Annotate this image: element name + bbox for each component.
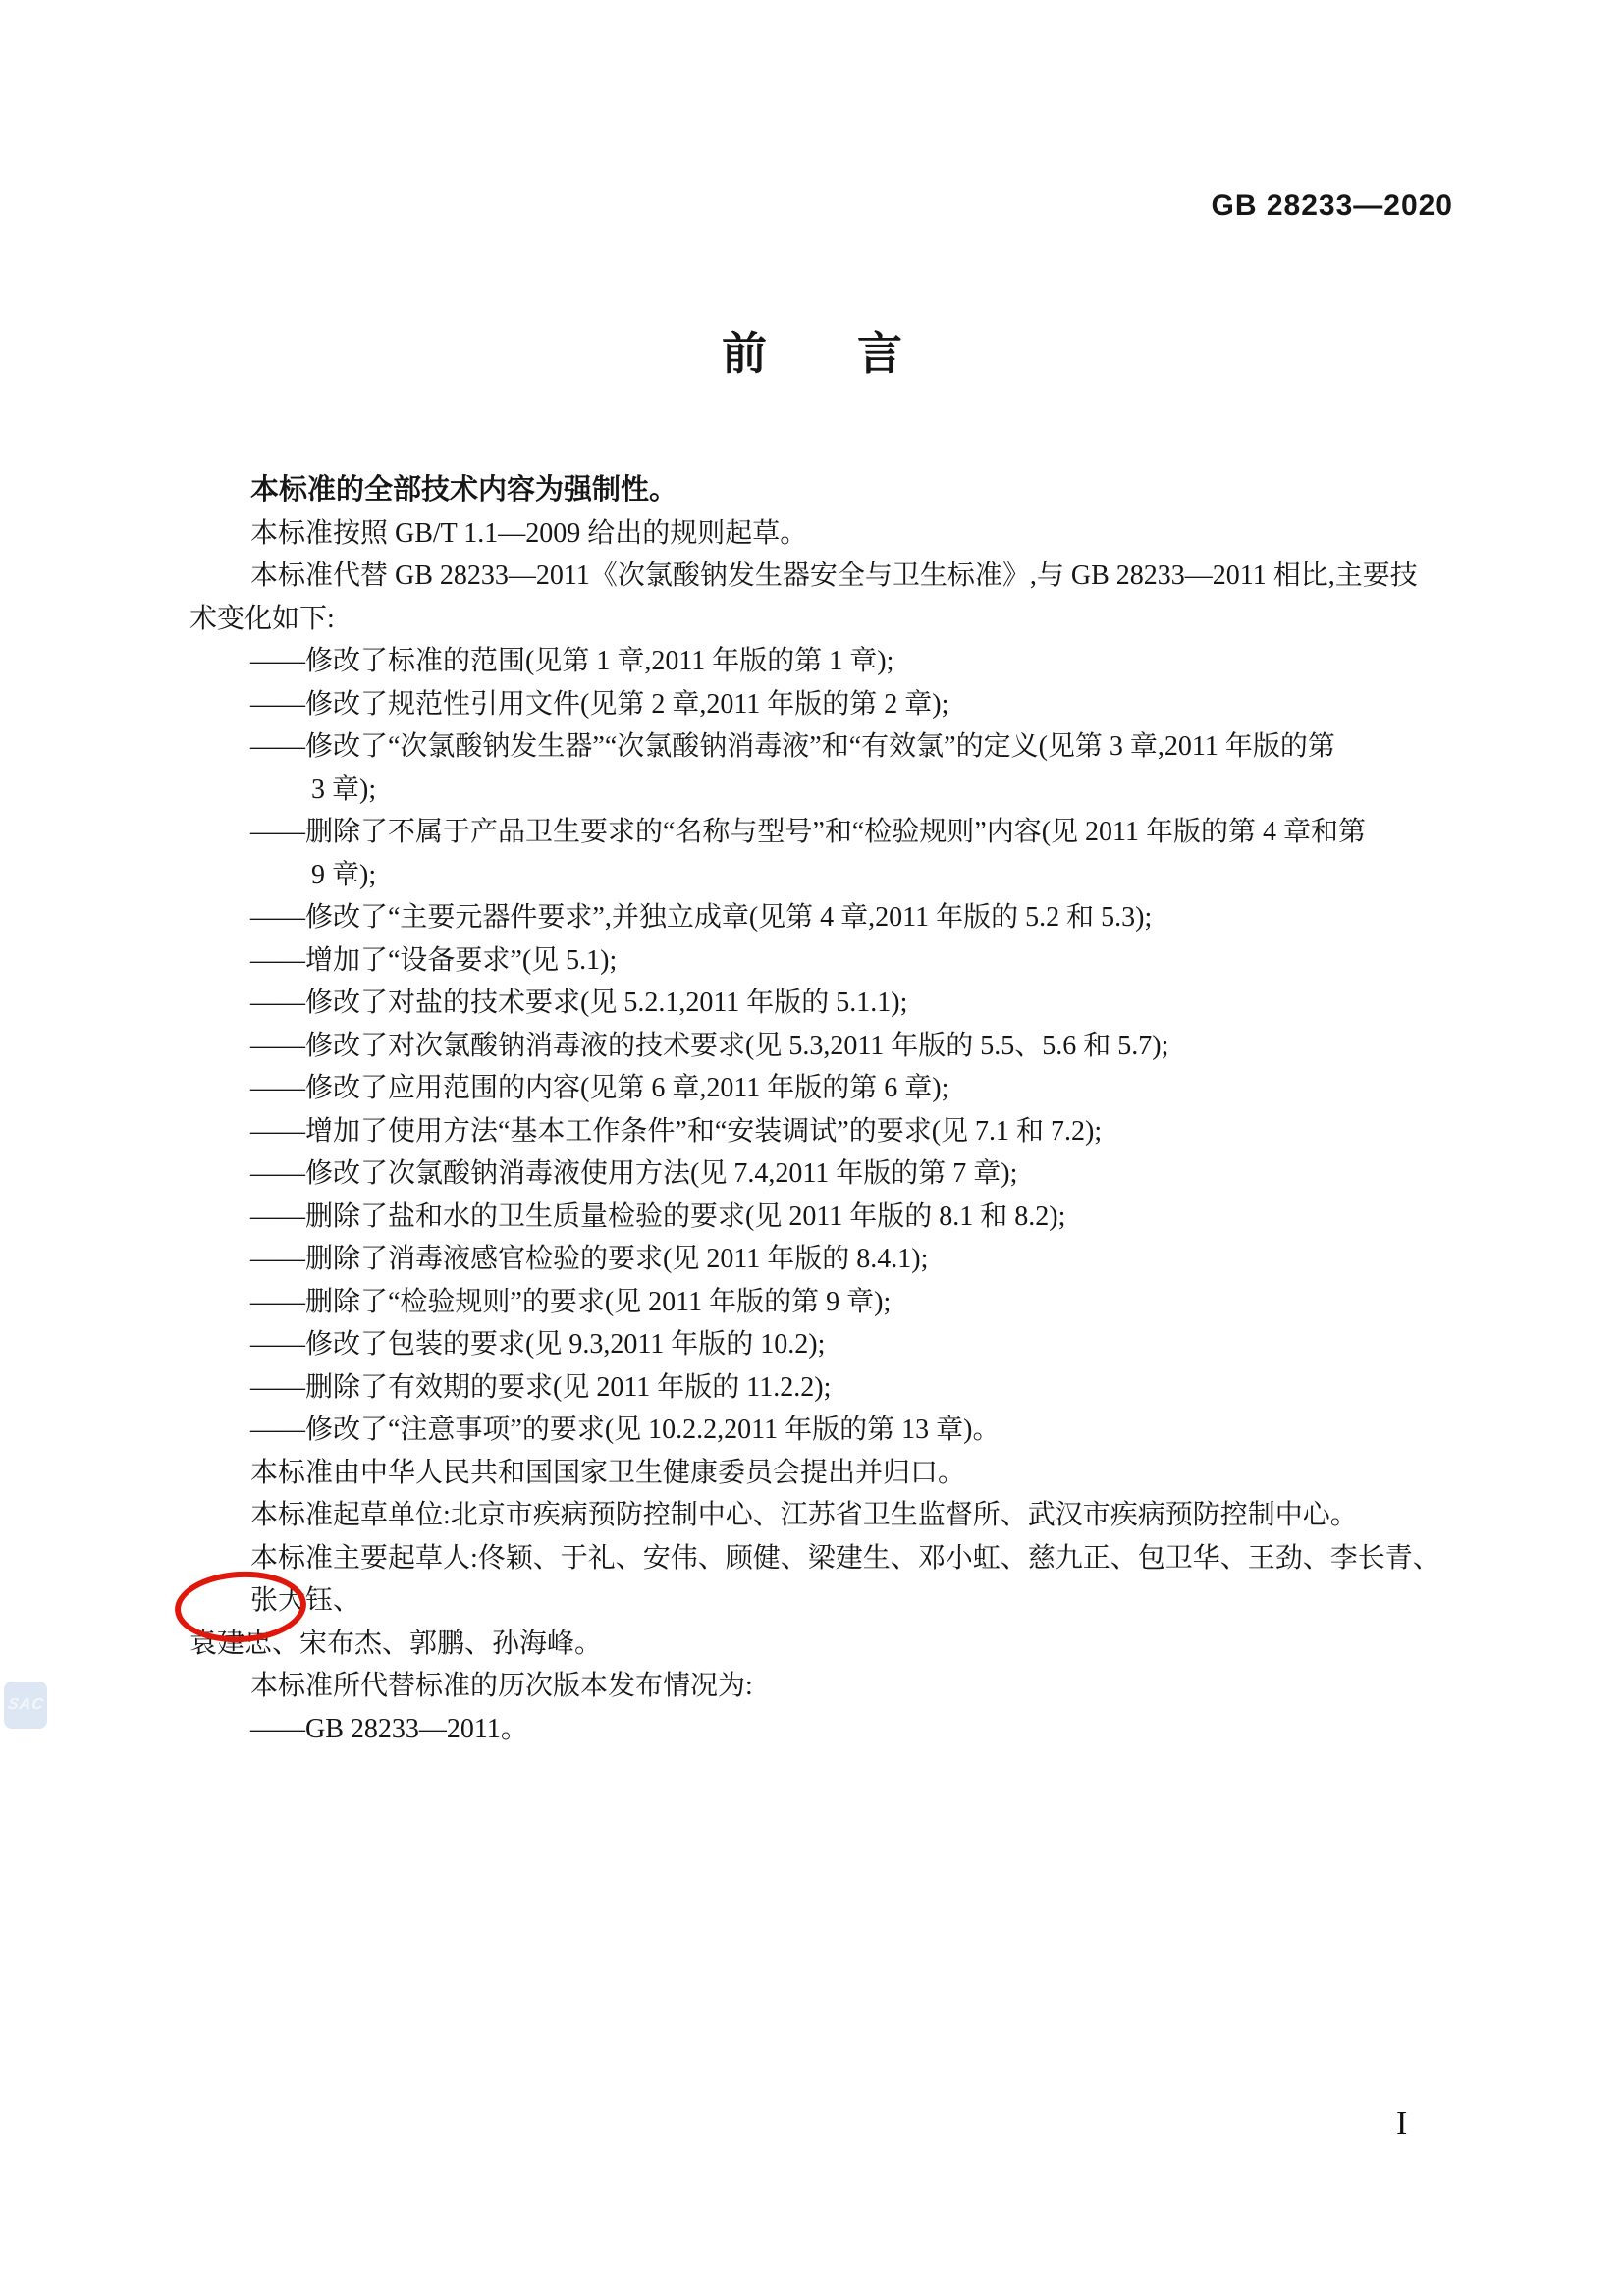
body-line: 3 章);	[189, 769, 1458, 812]
body-line: ——修改了“主要元器件要求”,并独立成章(见第 4 章,2011 年版的 5.2…	[189, 896, 1458, 939]
page-number: I	[1396, 2106, 1407, 2143]
foreword-body: 本标准的全部技术内容为强制性。本标准按照 GB/T 1.1—2009 给出的规则…	[189, 469, 1458, 1750]
standard-code: GB 28233—2020	[0, 189, 1453, 223]
body-line: ——增加了“设备要求”(见 5.1);	[189, 939, 1458, 983]
body-line: ——修改了对盐的技术要求(见 5.2.1,2011 年版的 5.1.1);	[189, 982, 1458, 1025]
body-line: 术变化如下:	[189, 598, 1458, 641]
body-line: 9 章);	[189, 854, 1458, 897]
body-line: 本标准代替 GB 28233—2011《次氯酸钠发生器安全与卫生标准》,与 GB…	[189, 555, 1458, 598]
body-line: ——删除了消毒液感官检验的要求(见 2011 年版的 8.4.1);	[189, 1238, 1458, 1281]
sac-watermark: SAC	[4, 1682, 47, 1729]
body-line: ——删除了盐和水的卫生质量检验的要求(见 2011 年版的 8.1 和 8.2)…	[189, 1196, 1458, 1239]
body-line: ——删除了“检验规则”的要求(见 2011 年版的第 9 章);	[189, 1281, 1458, 1324]
watermark-label: SAC	[6, 1696, 44, 1714]
body-line: 本标准起草单位:北京市疾病预防控制中心、江苏省卫生监督所、武汉市疾病预防控制中心…	[189, 1494, 1458, 1537]
body-line: ——增加了使用方法“基本工作条件”和“安装调试”的要求(见 7.1 和 7.2)…	[189, 1110, 1458, 1153]
body-line: 本标准的全部技术内容为强制性。	[189, 469, 1458, 512]
body-line: 本标准按照 GB/T 1.1—2009 给出的规则起草。	[189, 512, 1458, 556]
body-line: ——GB 28233—2011。	[189, 1708, 1458, 1751]
body-line: ——删除了有效期的要求(见 2011 年版的 11.2.2);	[189, 1366, 1458, 1410]
body-line: ——修改了“注意事项”的要求(见 10.2.2,2011 年版的第 13 章)。	[189, 1409, 1458, 1452]
body-line: 袁建忠、宋布杰、郭鹏、孙海峰。	[189, 1623, 1458, 1666]
body-line: ——修改了包装的要求(见 9.3,2011 年版的 10.2);	[189, 1323, 1458, 1366]
body-line: ——修改了次氯酸钠消毒液使用方法(见 7.4,2011 年版的第 7 章);	[189, 1152, 1458, 1196]
body-line: 本标准由中华人民共和国国家卫生健康委员会提出并归口。	[189, 1452, 1458, 1495]
body-line: 本标准所代替标准的历次版本发布情况为:	[189, 1665, 1458, 1708]
body-line: ——修改了标准的范围(见第 1 章,2011 年版的第 1 章);	[189, 640, 1458, 683]
body-line: 本标准主要起草人:佟颖、于礼、安伟、顾健、梁建生、邓小虹、慈九正、包卫华、王劲、…	[189, 1537, 1458, 1623]
body-line: ——删除了不属于产品卫生要求的“名称与型号”和“检验规则”内容(见 2011 年…	[189, 811, 1458, 854]
body-line: ——修改了对次氯酸钠消毒液的技术要求(见 5.3,2011 年版的 5.5、5.…	[189, 1025, 1458, 1068]
body-line: ——修改了“次氯酸钠发生器”“次氯酸钠消毒液”和“有效氯”的定义(见第 3 章,…	[189, 725, 1458, 769]
body-line: ——修改了规范性引用文件(见第 2 章,2011 年版的第 2 章);	[189, 683, 1458, 726]
body-line: ——修改了应用范围的内容(见第 6 章,2011 年版的第 6 章);	[189, 1067, 1458, 1110]
page-title: 前 言	[0, 326, 1624, 381]
document-page: GB 28233—2020 前 言 本标准的全部技术内容为强制性。本标准按照 G…	[0, 0, 1624, 2296]
